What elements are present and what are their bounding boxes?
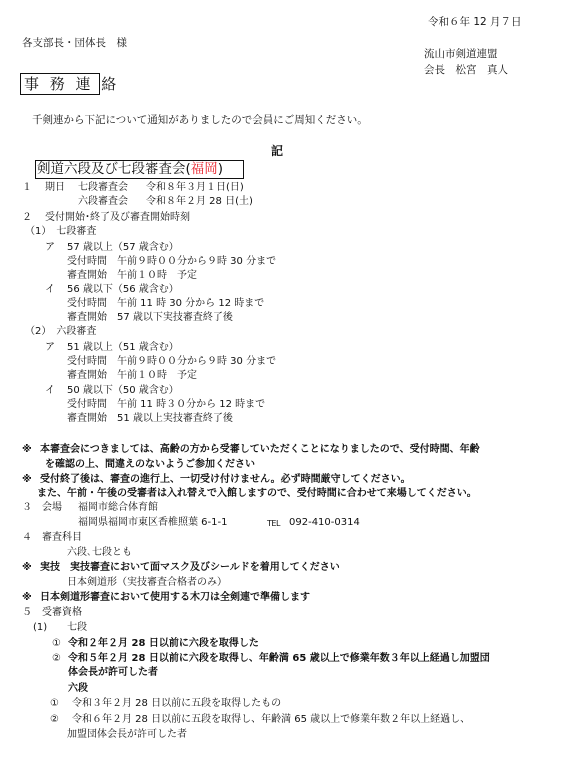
intro-text: 千剣連から下記について通知がありましたので会員にご周知ください。 [32, 115, 368, 126]
s5-g2-i2-mark: ② [50, 715, 59, 725]
addressee: 各支部長・団体長 様 [22, 38, 127, 49]
section1-row1-name: 七段審査会 [78, 183, 128, 193]
section2-g1-i1-mark: ア [45, 243, 55, 253]
section3-label: 会場 [42, 503, 62, 513]
section2-g1-i1-start: 審査開始 午前１０時 予定 [67, 271, 197, 281]
venue-name: 福岡市総合体育館 [78, 503, 158, 513]
note3-text: 実技 実技審査において面マスク及びシールドを着用してください [40, 563, 340, 573]
note1-mark: ※ [22, 445, 32, 455]
event-title-paren-close: ) [218, 163, 223, 177]
section2-g1-i2-reception: 受付時間 午前 11 時 30 分から 12 時まで [67, 299, 264, 309]
section2-label: 受付開始･終了及び審査開始時刻 [45, 213, 190, 223]
note4-text: 日本剣道形審査において使用する木刀は全剣連で準備します [40, 593, 310, 603]
section2-g2-i1-mark: ア [45, 343, 55, 353]
section2-g2-i2-mark: イ [45, 386, 55, 396]
section2-g2-i1-age: 51 歳以上（51 歳含む） [67, 343, 179, 353]
section2-group1-label: （1） 七段審査 [25, 227, 96, 237]
section2-g1-i1-reception: 受付時間 午前９時００分から９時 30 分まで [67, 257, 276, 267]
note2-line2: また、午前・午後の受審者は入れ替えで入館しますので、受付時間に合わせて来場してく… [37, 489, 477, 499]
note1-line2: を確認の上、間違えのないようご参加ください [45, 460, 255, 470]
section2-group2-label: （2） 六段審査 [25, 327, 96, 337]
section1-row1-date: 令和８年３月１日(日) [146, 183, 244, 193]
notice-title: 事 務 連 絡 [24, 77, 119, 92]
section2-g1-i2-mark: イ [45, 285, 55, 295]
section1-label: 期日 [45, 183, 65, 193]
note3-sub: 日本剣道形（実技審査合格者のみ） [67, 578, 227, 588]
section1-row2-date: 令和８年２月 28 日(土) [146, 197, 253, 207]
sender-organization: 流山市剣道連盟 [424, 49, 498, 60]
s5-g1-i2-text2: 体会長が許可した者 [68, 668, 158, 678]
venue-address: 福岡県福岡市東区香椎照葉 6-1-1 [78, 518, 227, 528]
section1-number: １ [22, 183, 32, 193]
note4-mark: ※ [22, 593, 32, 603]
s5-g2-i2-text: 令和６年２月 28 日以前に五段を取得し、年齢満 65 歳以上で修業年数２年以上… [72, 715, 470, 725]
s5-g1-i2-mark: ② [52, 654, 61, 664]
section1-row2-name: 六段審査会 [78, 197, 128, 207]
section3-number: ３ [22, 503, 32, 513]
section2-g2-i1-start: 審査開始 午前１０時 予定 [67, 371, 197, 381]
event-title-location: 福岡 [191, 163, 218, 177]
ki-heading: 記 [271, 145, 283, 157]
s5-g1-i1-mark: ① [52, 639, 61, 649]
section5-group1-label: (1) 七段 [33, 623, 87, 633]
note3-mark: ※ [22, 563, 32, 573]
note2-line1: 受付終了後は、審査の進行上、一切受け付けません。必ず時間厳守してください。 [40, 475, 411, 485]
venue-tel: 092-410-0314 [289, 518, 360, 528]
s5-g2-i2-text2: 加盟団体会長が許可した者 [67, 730, 187, 740]
note2-mark: ※ [22, 475, 32, 485]
section5-number: ５ [22, 608, 32, 618]
section5-label: 受審資格 [42, 608, 82, 618]
section2-g1-i2-age: 56 歳以下（56 歳含む） [67, 285, 179, 295]
section2-g1-i1-age: 57 歳以上（57 歳含む） [67, 243, 179, 253]
s5-g2-i1-mark: ① [50, 699, 59, 709]
section2-g2-i2-age: 50 歳以下（50 歳含む） [67, 386, 179, 396]
tel-label: TEL [267, 520, 280, 528]
section2-g1-i2-start: 審査開始 57 歳以下実技審査終了後 [67, 313, 233, 323]
event-title-box: 剣道六段及び七段審査会(福岡) [35, 160, 244, 179]
section2-number: ２ [22, 213, 32, 223]
s5-g1-i1-text: 令和２年２月 28 日以前に六段を取得した [68, 639, 259, 649]
s5-g2-i1-text: 令和３年２月 28 日以前に五段を取得したもの [72, 699, 281, 709]
sender-signatory: 会長 松宮 真人 [424, 65, 508, 76]
section4-value: 六段､七段とも [67, 548, 132, 558]
document-date: 令和６年 12 月７日 [428, 17, 522, 28]
section2-g2-i2-reception: 受付時間 午前 11 時３０分から 12 時まで [67, 400, 265, 410]
event-title-main: 剣道六段及び七段審査会 [37, 163, 186, 177]
section2-g2-i1-reception: 受付時間 午前９時００分から９時 30 分まで [67, 357, 276, 367]
note1-line1: 本審査会につきましては、高齢の方から受審していただくことになりましたので、受付時… [40, 445, 480, 455]
section4-label: 審査科目 [42, 533, 82, 543]
section4-number: ４ [22, 533, 32, 543]
section2-g2-i2-start: 審査開始 51 歳以上実技審査終了後 [67, 414, 233, 424]
s5-g1-i2-text: 令和５年２月 28 日以前に六段を取得し、年齢満 65 歳以上で修業年数３年以上… [68, 654, 490, 664]
notice-title-box: 事 務 連 絡 [20, 73, 100, 95]
section5-group2-label: 六段 [68, 684, 88, 694]
